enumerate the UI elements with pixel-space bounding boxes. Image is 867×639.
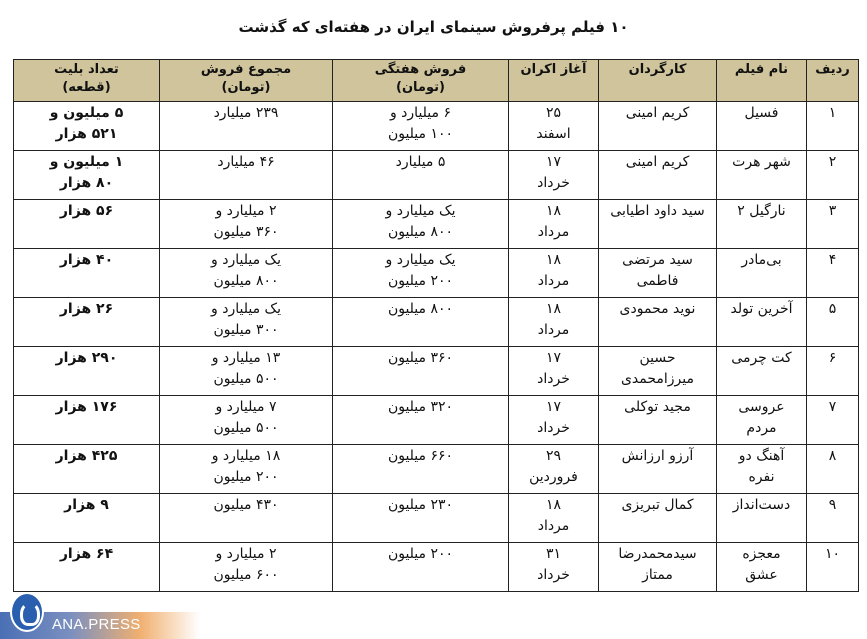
cell-director: مجید توکلی (599, 396, 717, 445)
cell-film: شهر هرت (717, 151, 807, 200)
cell-release: ۱۷خرداد (509, 396, 599, 445)
cell-rank: ۸ (807, 445, 859, 494)
cell-release: ۱۸مرداد (509, 249, 599, 298)
cell-tickets: ۵۶ هزار (14, 200, 160, 249)
cell-tickets: ۱ میلیون و۸۰ هزار (14, 151, 160, 200)
cell-total: ۴۳۰ میلیون (160, 494, 333, 543)
cell-release: ۲۵اسفند (509, 102, 599, 151)
cell-total: ۷ میلیارد و۵۰۰ میلیون (160, 396, 333, 445)
cell-weekly: ۳۶۰ میلیون (333, 347, 509, 396)
cell-film: نارگیل ۲ (717, 200, 807, 249)
cell-weekly: ۳۲۰ میلیون (333, 396, 509, 445)
watermark-text: ANA.PRESS (52, 616, 141, 633)
cell-weekly: ۸۰۰ میلیون (333, 298, 509, 347)
ana-logo-icon (10, 592, 44, 632)
cell-weekly: ۵ میلیارد (333, 151, 509, 200)
cell-tickets: ۴۰ هزار (14, 249, 160, 298)
cell-tickets: ۶۴ هزار (14, 543, 160, 592)
header-tickets: تعداد بلیت(قطعه) (14, 60, 160, 102)
cell-film: آخرین تولد (717, 298, 807, 347)
cell-total: یک میلیارد و۳۰۰ میلیون (160, 298, 333, 347)
cell-tickets: ۲۶ هزار (14, 298, 160, 347)
table-row: ۴بی‌مادرسید مرتضیفاطمی۱۸مردادیک میلیارد … (14, 249, 859, 298)
header-rank: ردیف (807, 60, 859, 102)
cell-total: ۲۳۹ میلیارد (160, 102, 333, 151)
cell-weekly: ۲۰۰ میلیون (333, 543, 509, 592)
box-office-table: ردیف نام فیلم کارگردان آغاز اکران فروش ه… (13, 59, 859, 592)
header-row: ردیف نام فیلم کارگردان آغاز اکران فروش ه… (14, 60, 859, 102)
cell-total: ۲ میلیارد و۶۰۰ میلیون (160, 543, 333, 592)
cell-tickets: ۱۷۶ هزار (14, 396, 160, 445)
cell-total: ۲ میلیارد و۳۶۰ میلیون (160, 200, 333, 249)
cell-release: ۱۸مرداد (509, 200, 599, 249)
table-row: ۷عروسیمردممجید توکلی۱۷خرداد۳۲۰ میلیون۷ م… (14, 396, 859, 445)
table-row: ۳نارگیل ۲سید داود اطیابی۱۸مردادیک میلیار… (14, 200, 859, 249)
cell-rank: ۵ (807, 298, 859, 347)
cell-release: ۱۷خرداد (509, 151, 599, 200)
cell-tickets: ۲۹۰ هزار (14, 347, 160, 396)
cell-rank: ۷ (807, 396, 859, 445)
cell-total: ۱۳ میلیارد و۵۰۰ میلیون (160, 347, 333, 396)
cell-director: کمال تبریزی (599, 494, 717, 543)
cell-weekly: ۲۳۰ میلیون (333, 494, 509, 543)
cell-release: ۳۱خرداد (509, 543, 599, 592)
cell-director: سید داود اطیابی (599, 200, 717, 249)
cell-release: ۱۸مرداد (509, 298, 599, 347)
cell-weekly: ۶ میلیارد و۱۰۰ میلیون (333, 102, 509, 151)
cell-film: عروسیمردم (717, 396, 807, 445)
cell-total: یک میلیارد و۸۰۰ میلیون (160, 249, 333, 298)
cell-weekly: یک میلیارد و۸۰۰ میلیون (333, 200, 509, 249)
cell-weekly: ۶۶۰ میلیون (333, 445, 509, 494)
header-total: مجموع فروش(تومان) (160, 60, 333, 102)
cell-rank: ۲ (807, 151, 859, 200)
table-row: ۹دست‌اندازکمال تبریزی۱۸مرداد۲۳۰ میلیون۴۳… (14, 494, 859, 543)
cell-tickets: ۹ هزار (14, 494, 160, 543)
cell-director: کریم امینی (599, 151, 717, 200)
cell-release: ۲۹فروردین (509, 445, 599, 494)
cell-release: ۱۸مرداد (509, 494, 599, 543)
cell-director: کریم امینی (599, 102, 717, 151)
header-weekly: فروش هفتگی(تومان) (333, 60, 509, 102)
cell-tickets: ۴۲۵ هزار (14, 445, 160, 494)
table-row: ۱فسیلکریم امینی۲۵اسفند۶ میلیارد و۱۰۰ میل… (14, 102, 859, 151)
cell-director: حسینمیرزامحمدی (599, 347, 717, 396)
cell-total: ۱۸ میلیارد و۲۰۰ میلیون (160, 445, 333, 494)
cell-rank: ۱۰ (807, 543, 859, 592)
header-film: نام فیلم (717, 60, 807, 102)
cell-film: آهنگ دونفره (717, 445, 807, 494)
cell-rank: ۶ (807, 347, 859, 396)
cell-tickets: ۵ میلیون و۵۲۱ هزار (14, 102, 160, 151)
cell-film: بی‌مادر (717, 249, 807, 298)
cell-film: دست‌انداز (717, 494, 807, 543)
cell-film: کت چرمی (717, 347, 807, 396)
cell-rank: ۳ (807, 200, 859, 249)
header-director: کارگردان (599, 60, 717, 102)
cell-total: ۴۶ میلیارد (160, 151, 333, 200)
cell-weekly: یک میلیارد و۲۰۰ میلیون (333, 249, 509, 298)
cell-rank: ۴ (807, 249, 859, 298)
header-release: آغاز اکران (509, 60, 599, 102)
cell-director: سید مرتضیفاطمی (599, 249, 717, 298)
table-row: ۶کت چرمیحسینمیرزامحمدی۱۷خرداد۳۶۰ میلیون۱… (14, 347, 859, 396)
cell-film: معجزهعشق (717, 543, 807, 592)
table-row: ۱۰معجزهعشقسیدمحمدرضاممتاز۳۱خرداد۲۰۰ میلی… (14, 543, 859, 592)
cell-director: سیدمحمدرضاممتاز (599, 543, 717, 592)
cell-rank: ۹ (807, 494, 859, 543)
cell-rank: ۱ (807, 102, 859, 151)
table-row: ۸آهنگ دونفرهآرزو ارزانش۲۹فروردین۶۶۰ میلی… (14, 445, 859, 494)
table-row: ۵آخرین تولدنوید محمودی۱۸مرداد۸۰۰ میلیونی… (14, 298, 859, 347)
cell-release: ۱۷خرداد (509, 347, 599, 396)
cell-director: نوید محمودی (599, 298, 717, 347)
table-row: ۲شهر هرتکریم امینی۱۷خرداد۵ میلیارد۴۶ میل… (14, 151, 859, 200)
cell-film: فسیل (717, 102, 807, 151)
page-title: ۱۰ فیلم پرفروش سینمای ایران در هفته‌ای ک… (0, 18, 867, 36)
cell-director: آرزو ارزانش (599, 445, 717, 494)
